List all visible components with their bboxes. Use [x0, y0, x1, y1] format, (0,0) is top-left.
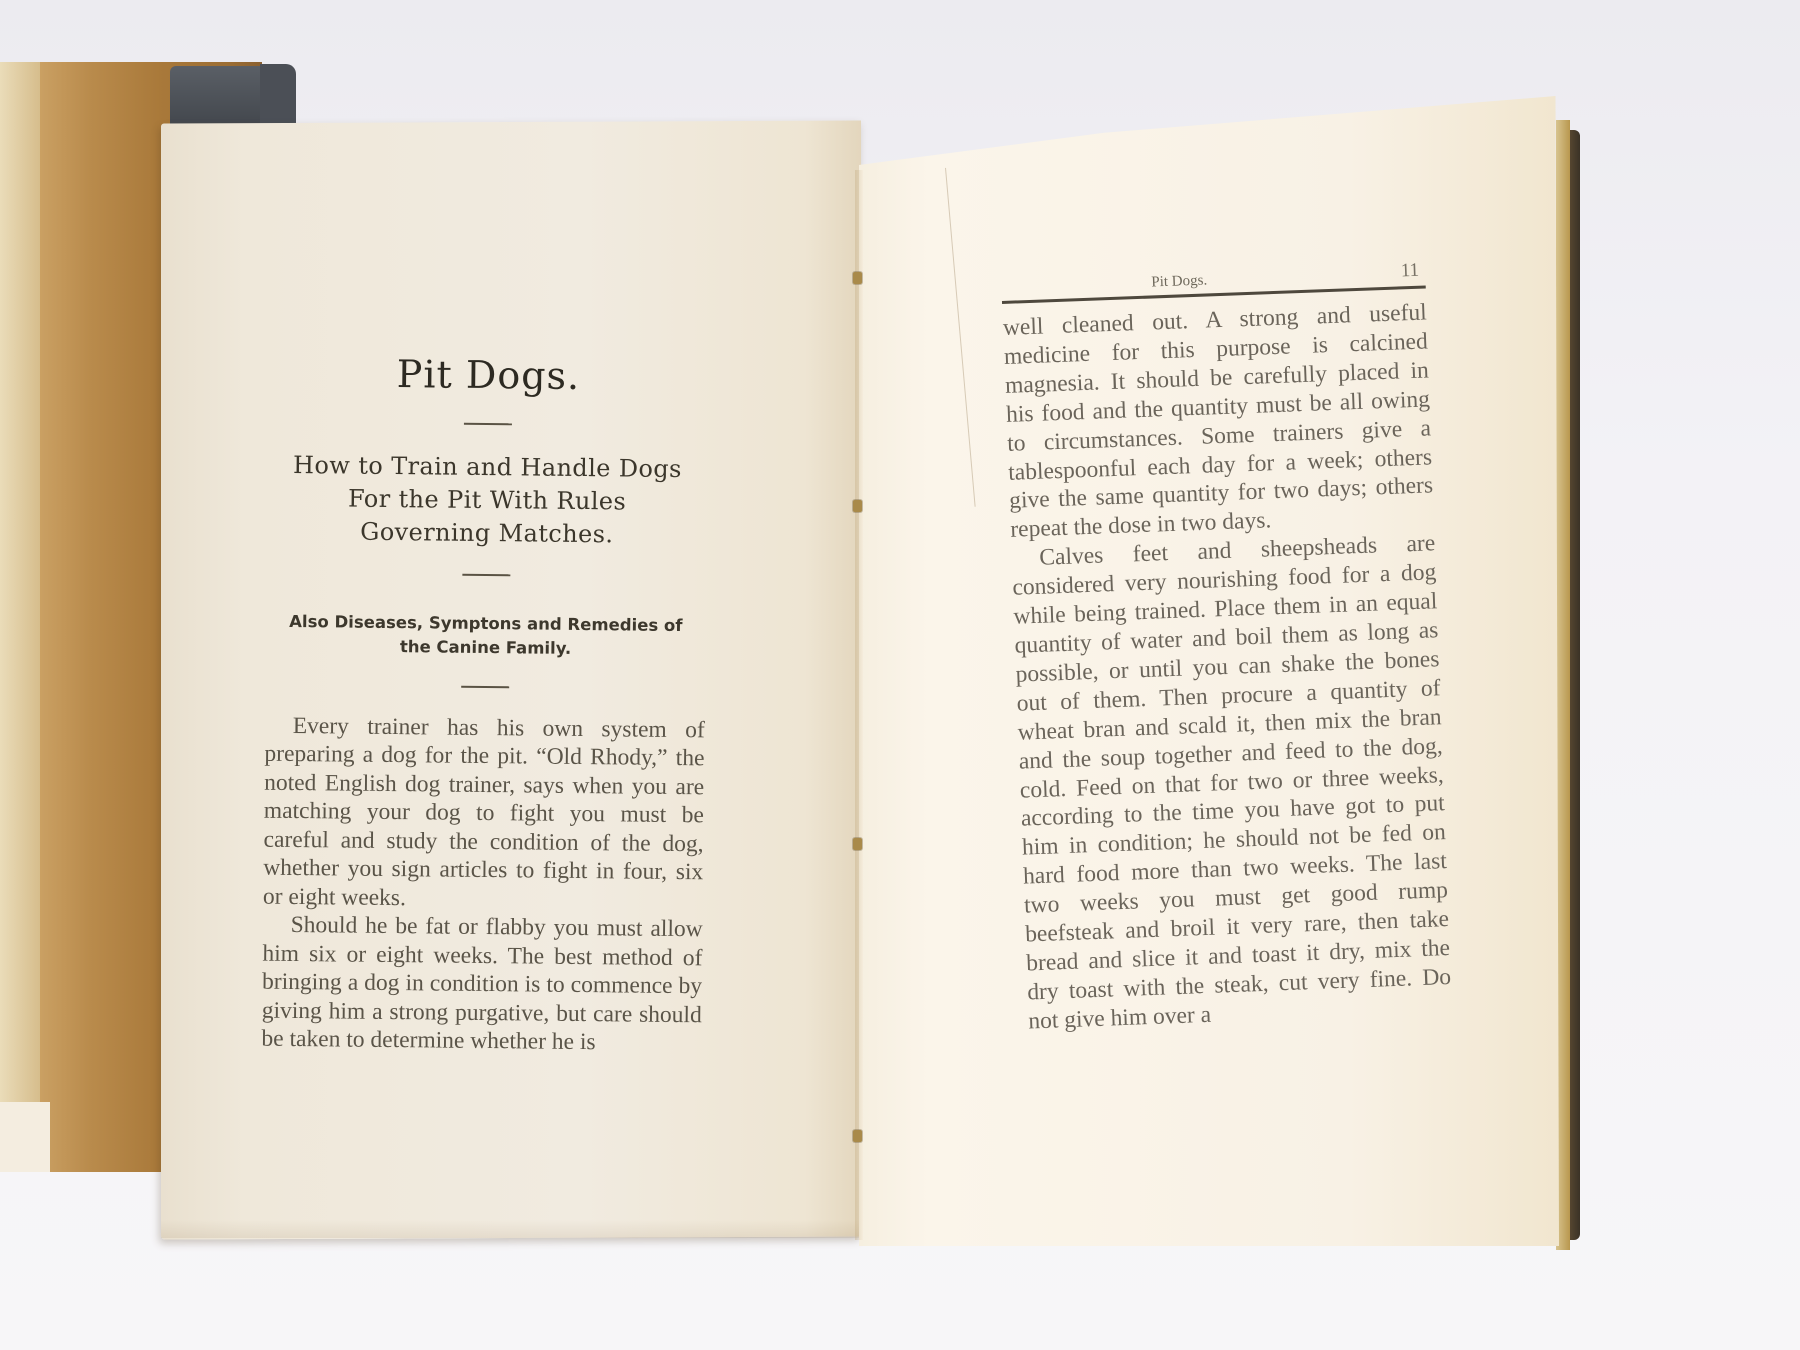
- divider: [462, 574, 510, 577]
- paragraph: well cleaned out. A strong and useful me…: [1002, 298, 1434, 545]
- right-page-content: Pit Dogs. 11 well cleaned out. A strong …: [1001, 259, 1453, 1036]
- subtitle-line: For the Pit With Rules: [267, 482, 707, 520]
- photo-scene: Pit Dogs. How to Train and Handle Dogs F…: [0, 0, 1800, 1350]
- page-number: 11: [1400, 260, 1419, 283]
- gutter: [855, 170, 863, 1240]
- left-page-shadow: [161, 1220, 861, 1238]
- divider: [461, 686, 509, 689]
- staple: [853, 500, 862, 512]
- subtitle-line: Governing Matches.: [267, 515, 707, 553]
- staple: [853, 838, 862, 850]
- subtitle: How to Train and Handle Dogs For the Pit…: [267, 449, 708, 553]
- also-line: the Canine Family.: [265, 633, 705, 662]
- running-head: Pit Dogs.: [1151, 272, 1207, 291]
- paragraph: Every trainer has his own system of prep…: [263, 711, 705, 915]
- left-page-content: Pit Dogs. How to Train and Handle Dogs F…: [261, 353, 708, 1058]
- left-body-text: Every trainer has his own system of prep…: [261, 711, 705, 1058]
- page-title: Pit Dogs.: [268, 353, 708, 399]
- staple: [853, 1130, 862, 1142]
- subtitle-line: How to Train and Handle Dogs: [267, 449, 707, 487]
- paragraph: Calves feet and sheepsheads are consider…: [1011, 530, 1453, 1037]
- paragraph: Should he be fat or flabby you must allo…: [261, 911, 702, 1058]
- also-line: Also Diseases, Symptons and Remedies of: [266, 609, 706, 638]
- staple: [853, 272, 862, 284]
- also-heading: Also Diseases, Symptons and Remedies of …: [265, 609, 705, 662]
- divider: [464, 423, 512, 426]
- right-body-text: well cleaned out. A strong and useful me…: [1002, 298, 1452, 1036]
